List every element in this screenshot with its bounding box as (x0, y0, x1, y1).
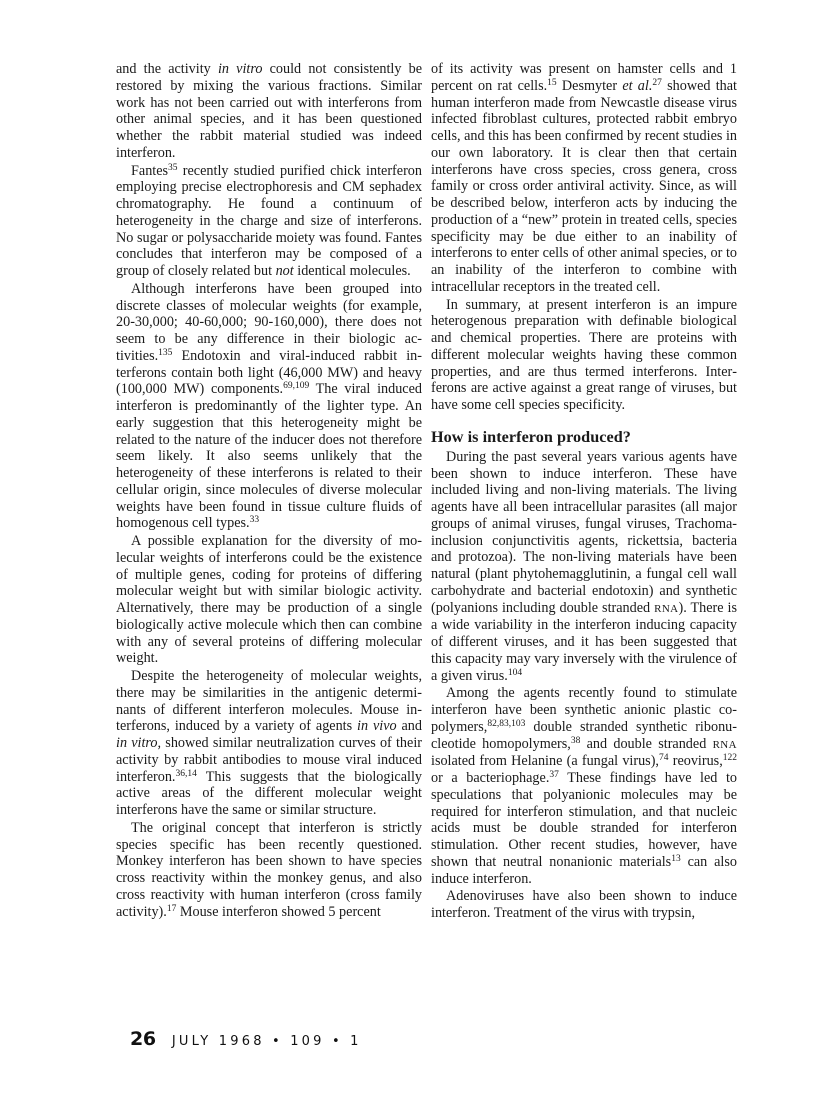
reference-superscript: 17 (167, 904, 177, 914)
paragraph: Among the agents recently found to stimu… (431, 685, 737, 887)
text-run: Fantes (131, 163, 168, 179)
text-run: and double stranded (580, 736, 712, 752)
reference-superscript: 33 (250, 515, 260, 525)
text-run: isolated from Helanine (a fungal virus), (431, 753, 659, 769)
italic-text: in vitro (218, 61, 263, 77)
paragraph: and the activity in vitro could not cons… (116, 61, 422, 162)
text-run: and the activity (116, 61, 218, 77)
issue-info: JULY 1968 • 109 • 1 (172, 1034, 362, 1049)
text-run: Adenoviruses have also been shown to ind… (431, 888, 737, 921)
journal-page: and the activity in vitro could not cons… (0, 0, 816, 1103)
paragraph: The original concept that interferon is … (116, 820, 422, 921)
text-run: The viral induced interferon is predomin… (116, 381, 422, 531)
text-run: reovirus, (668, 753, 722, 769)
reference-superscript: 36,14 (175, 769, 196, 779)
small-caps-text: RNA (713, 739, 737, 751)
reference-superscript: 37 (549, 770, 559, 780)
text-run: During the past several years various ag… (431, 449, 737, 616)
right-column-section-after-heading: During the past several years various ag… (431, 449, 737, 922)
text-run: A possible explanation for the diversity… (116, 533, 422, 666)
reference-superscript: 35 (168, 163, 178, 173)
text-run: or a bacteriophage. (431, 770, 549, 786)
paragraph: Despite the heterogeneity of molecular w… (116, 668, 422, 819)
text-run: recently studied purified chick inter­fe… (116, 163, 422, 280)
reference-superscript: 38 (571, 736, 581, 746)
reference-superscript: 69,109 (283, 381, 309, 391)
paragraph: In summary, at present interferon is an … (431, 297, 737, 414)
paragraph: A possible explanation for the diversity… (116, 533, 422, 667)
reference-superscript: 13 (671, 854, 681, 864)
text-run: Mouse interferon showed 5 percent (176, 904, 380, 920)
paragraph: Adenoviruses have also been shown to ind… (431, 888, 737, 922)
text-run: In summary, at present interferon is an … (431, 297, 737, 414)
text-run: and (397, 718, 422, 734)
reference-superscript: 27 (652, 78, 662, 88)
page-footer: 26JULY 1968 • 109 • 1 (130, 1028, 362, 1050)
reference-superscript: 82,83,103 (487, 719, 525, 729)
italic-text: in vivo (357, 718, 397, 734)
paragraph: Fantes35 recently studied purified chick… (116, 163, 422, 280)
left-column: and the activity in vitro could not cons… (116, 61, 422, 920)
right-column: of its activity was present on hamster c… (431, 61, 737, 922)
italic-text: in vitro, (116, 735, 161, 751)
section-heading: How is interferon produced? (431, 428, 737, 447)
italic-text: not (276, 263, 294, 279)
reference-superscript: 135 (158, 348, 172, 358)
page-number: 26 (130, 1028, 156, 1050)
small-caps-text: RNA (654, 603, 678, 615)
italic-text: et al. (622, 78, 652, 94)
paragraph: Although interferons have been grouped i… (116, 281, 422, 532)
right-column-section-before-heading: of its activity was present on hamster c… (431, 61, 737, 414)
reference-superscript: 104 (508, 668, 522, 678)
reference-superscript: 15 (547, 78, 557, 88)
paragraph: of its activity was present on hamster c… (431, 61, 737, 296)
paragraph: During the past several years various ag… (431, 449, 737, 685)
text-run: showed that human interferon made from N… (431, 78, 737, 295)
reference-superscript: 122 (723, 753, 737, 763)
text-run: identical molecules. (294, 263, 411, 279)
text-run: Desmyter (557, 78, 623, 94)
